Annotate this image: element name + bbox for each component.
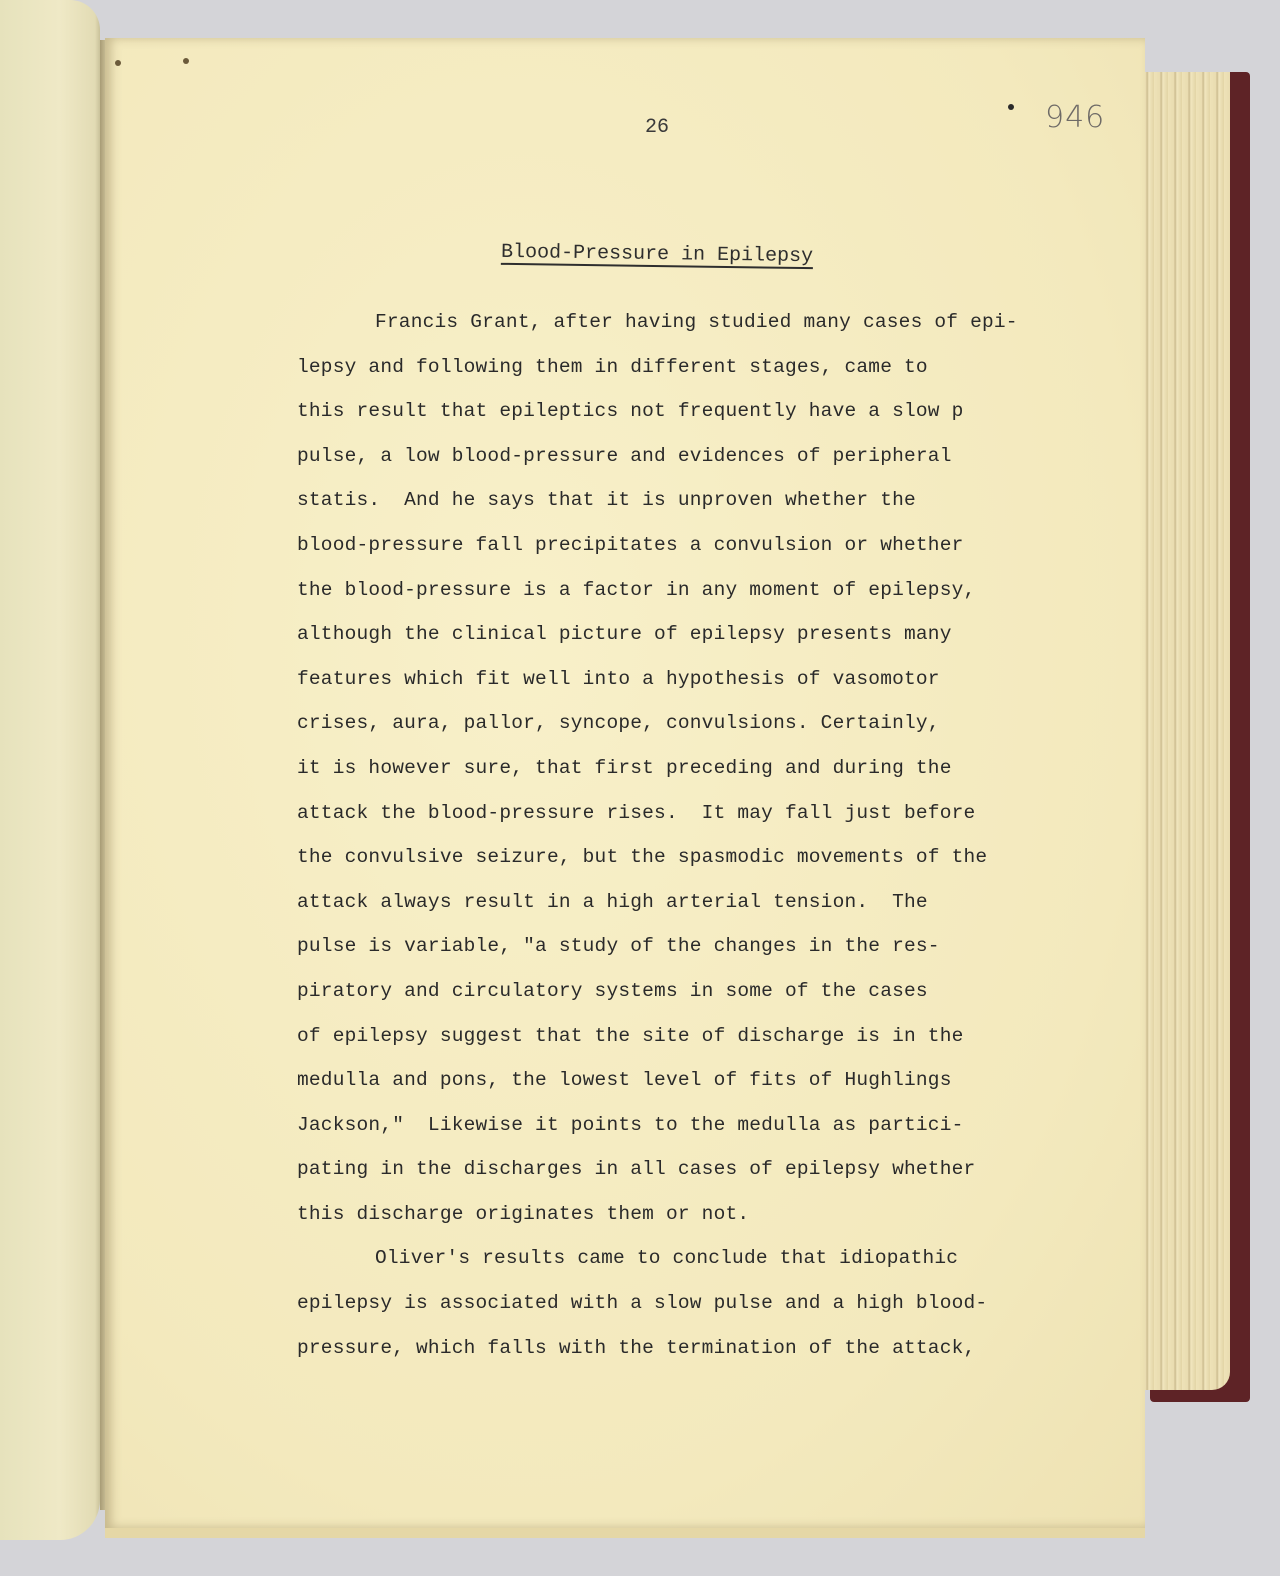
page-stack-edges — [1140, 72, 1230, 1390]
binding-hole — [115, 60, 121, 66]
text-line: Francis Grant, after having studied many… — [297, 300, 1077, 345]
binding-hole — [183, 58, 189, 64]
text-line: although the clinical picture of epileps… — [297, 612, 1077, 657]
page-title: Blood-Pressure in Epilepsy — [501, 241, 813, 268]
text-line: attack the blood-pressure rises. It may … — [297, 791, 1077, 836]
text-line: it is however sure, that first preceding… — [297, 746, 1077, 791]
text-line: pressure, which falls with the terminati… — [297, 1326, 1077, 1371]
text-line: the blood-pressure is a factor in any mo… — [297, 568, 1077, 613]
page-number: 26 — [645, 116, 669, 139]
text-line: features which fit well into a hypothesi… — [297, 657, 1077, 702]
text-line: crises, aura, pallor, syncope, convulsio… — [297, 701, 1077, 746]
text-line: Jackson," Likewise it points to the medu… — [297, 1103, 1077, 1148]
text-line: blood-pressure fall precipitates a convu… — [297, 523, 1077, 568]
text-line: epilepsy is associated with a slow pulse… — [297, 1281, 1077, 1326]
body-text: Francis Grant, after having studied many… — [297, 300, 1077, 1370]
text-line: attack always result in a high arterial … — [297, 880, 1077, 925]
paragraph: Francis Grant, after having studied many… — [297, 300, 1077, 1236]
text-line: piratory and circulatory systems in some… — [297, 969, 1077, 1014]
left-page-edge — [0, 0, 100, 1540]
text-line: statis. And he says that it is unproven … — [297, 478, 1077, 523]
text-line: Oliver's results came to conclude that i… — [297, 1236, 1077, 1281]
text-line: pating in the discharges in all cases of… — [297, 1147, 1077, 1192]
text-line: the convulsive seizure, but the spasmodi… — [297, 835, 1077, 880]
text-line: this result that epileptics not frequent… — [297, 389, 1077, 434]
text-line: pulse, a low blood-pressure and evidence… — [297, 434, 1077, 479]
handwritten-folio-number: 946 — [1045, 100, 1105, 135]
text-line: this discharge originates them or not. — [297, 1192, 1077, 1237]
text-line: of epilepsy suggest that the site of dis… — [297, 1014, 1077, 1059]
text-line: medulla and pons, the lowest level of fi… — [297, 1058, 1077, 1103]
document-page: 26 946 Blood-Pressure in Epilepsy Franci… — [105, 38, 1145, 1538]
paragraph: Oliver's results came to conclude that i… — [297, 1236, 1077, 1370]
ink-dot — [1008, 104, 1014, 110]
text-line: lepsy and following them in different st… — [297, 345, 1077, 390]
text-line: pulse is variable, "a study of the chang… — [297, 924, 1077, 969]
